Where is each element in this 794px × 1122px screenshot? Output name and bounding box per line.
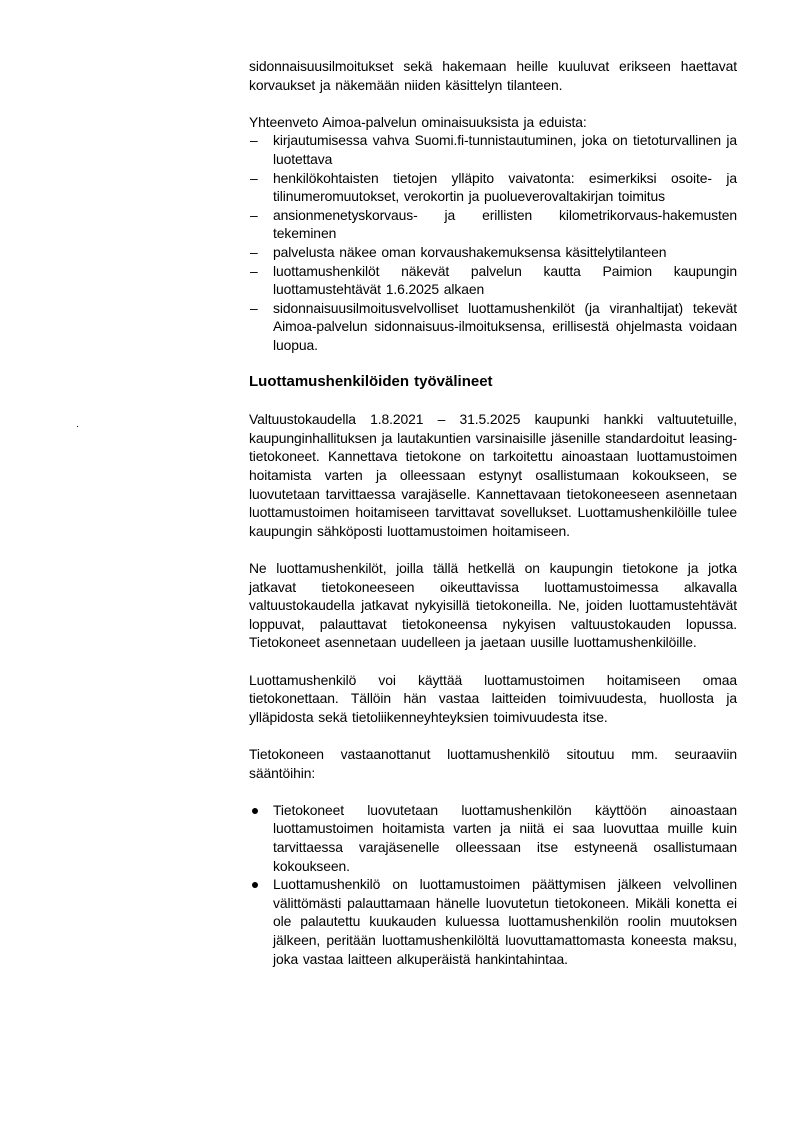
spacer [249, 540, 737, 559]
body-paragraph: Tietokoneen vastaanottanut luottamushenk… [249, 745, 737, 782]
spacer [249, 652, 737, 671]
document-page: sidonnaisuusilmoitukset sekä hakemaan he… [0, 0, 794, 1122]
feature-item: –luottamushenkilöt näkevät palvelun kaut… [249, 262, 737, 299]
dash-icon: – [250, 299, 270, 318]
feature-item: –henkilökohtaisten tietojen ylläpito vai… [249, 169, 737, 206]
feature-item: –ansionmenetyskorvaus- ja erillisten kil… [249, 206, 737, 243]
bullet-icon [252, 882, 258, 888]
feature-item: –palvelusta näkee oman korvaushakemuksen… [249, 243, 737, 262]
text-column: sidonnaisuusilmoitukset sekä hakemaan he… [249, 57, 737, 968]
body-paragraph: Ne luottamushenkilöt, joilla tällä hetke… [249, 559, 737, 652]
dash-icon: – [250, 131, 270, 150]
spacer [249, 355, 737, 374]
intro-continuation-paragraph: sidonnaisuusilmoitukset sekä hakemaan he… [249, 57, 737, 94]
rule-item: Luottamushenkilö on luottamustoimen päät… [249, 875, 737, 968]
bullet-icon [252, 808, 258, 814]
rule-text: Luottamushenkilö on luottamustoimen päät… [273, 876, 737, 966]
body-paragraph: Luottamushenkilö voi käyttää luottamusto… [249, 671, 737, 727]
rule-item: Tietokoneet luovutetaan luottamushenkilö… [249, 801, 737, 875]
feature-text: henkilökohtaisten tietojen ylläpito vaiv… [273, 170, 737, 205]
feature-text: kirjautumisessa vahva Suomi.fi-tunnistau… [273, 132, 737, 167]
feature-text: ansionmenetyskorvaus- ja erillisten kilo… [273, 207, 737, 242]
spacer [249, 392, 737, 411]
dash-icon: – [250, 206, 270, 225]
rule-text: Tietokoneet luovutetaan luottamushenkilö… [273, 802, 737, 874]
features-list: –kirjautumisessa vahva Suomi.fi-tunnista… [249, 131, 737, 354]
spacer [249, 726, 737, 745]
spacer [249, 94, 737, 113]
summary-title: Yhteenveto Aimoa-palvelun ominaisuuksist… [249, 113, 737, 132]
feature-item: –kirjautumisessa vahva Suomi.fi-tunnista… [249, 131, 737, 168]
dash-icon: – [250, 169, 270, 188]
feature-text: sidonnaisuusilmoitusvelvolliset luottamu… [273, 300, 737, 353]
section-heading: Luottamushenkilöiden työvälineet [249, 373, 737, 392]
feature-text: luottamushenkilöt näkevät palvelun kautt… [273, 263, 737, 298]
rules-list: Tietokoneet luovutetaan luottamushenkilö… [249, 801, 737, 968]
margin-mark [77, 426, 78, 427]
feature-text: palvelusta näkee oman korvaushakemuksens… [273, 244, 666, 260]
body-paragraph: Valtuustokaudella 1.8.2021 – 31.5.2025 k… [249, 410, 737, 540]
dash-icon: – [250, 262, 270, 281]
feature-item: –sidonnaisuusilmoitusvelvolliset luottam… [249, 299, 737, 355]
spacer [249, 782, 737, 801]
dash-icon: – [250, 243, 270, 262]
